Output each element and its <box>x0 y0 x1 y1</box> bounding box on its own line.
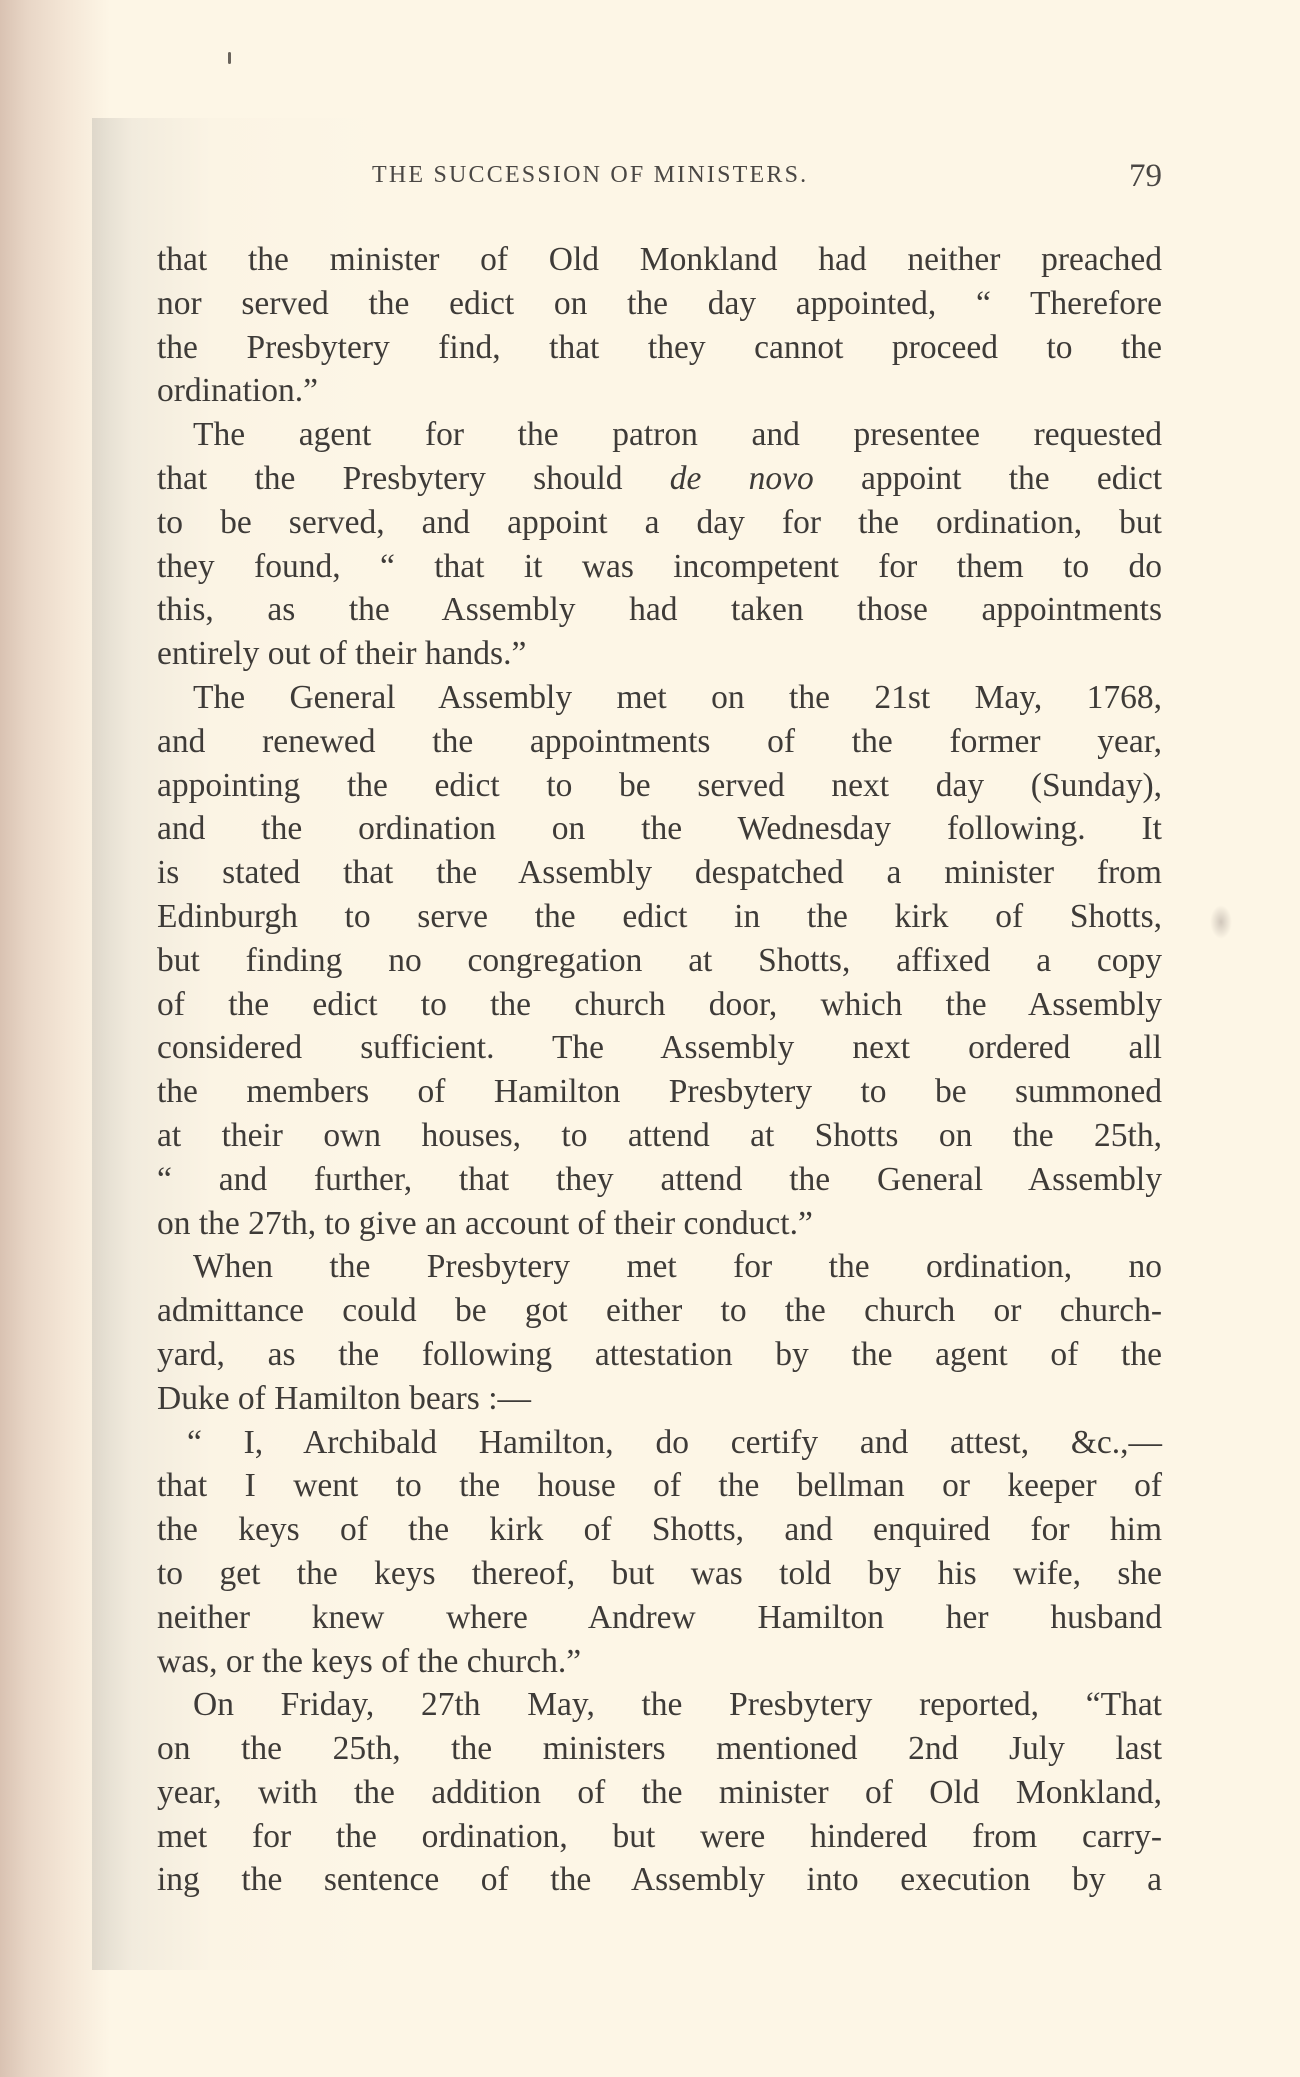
text-line: ordination.” <box>157 369 1162 413</box>
text-segment: that the Presbytery should <box>157 460 670 497</box>
text-line: “ and further, that they attend the Gene… <box>157 1158 1162 1202</box>
text-line: yard, as the following attestation by th… <box>157 1333 1162 1377</box>
italic-phrase: de novo <box>670 460 814 497</box>
text-line: the Presbytery find, that they cannot pr… <box>157 326 1162 370</box>
text-line: the members of Hamilton Presbytery to be… <box>157 1070 1162 1114</box>
text-line: entirely out of their hands.” <box>157 632 1162 676</box>
text-line: Edinburgh to serve the edict in the kirk… <box>157 895 1162 939</box>
running-head: THE SUCCESSION OF MINISTERS. 79 <box>372 162 1162 202</box>
text-line: was, or the keys of the church.” <box>157 1640 1162 1684</box>
paragraph-start-line: The agent for the patron and presentee r… <box>157 413 1162 457</box>
text-line: the keys of the kirk of Shotts, and enqu… <box>157 1508 1162 1552</box>
text-line: that I went to the house of the bellman … <box>157 1464 1162 1508</box>
text-line-with-italic: that the Presbytery should de novo appoi… <box>157 457 1162 501</box>
text-line: they found, “ that it was incompetent fo… <box>157 545 1162 589</box>
text-line: met for the ordination, but were hindere… <box>157 1815 1162 1859</box>
text-line: of the edict to the church door, which t… <box>157 983 1162 1027</box>
running-head-title: THE SUCCESSION OF MINISTERS. <box>372 162 808 189</box>
stray-ink-mark <box>228 52 231 64</box>
text-line: on the 25th, the ministers mentioned 2nd… <box>157 1727 1162 1771</box>
text-line: nor served the edict on the day appointe… <box>157 282 1162 326</box>
text-line: ing the sentence of the Assembly into ex… <box>157 1858 1162 1902</box>
paper-smudge <box>1210 905 1232 939</box>
text-line: Duke of Hamilton bears :— <box>157 1377 1162 1421</box>
text-line: that the minister of Old Monkland had ne… <box>157 238 1162 282</box>
text-line: year, with the addition of the minister … <box>157 1771 1162 1815</box>
text-line: at their own houses, to attend at Shotts… <box>157 1114 1162 1158</box>
text-segment: appoint the edict <box>814 460 1162 497</box>
text-line: to get the keys thereof, but was told by… <box>157 1552 1162 1596</box>
text-line: this, as the Assembly had taken those ap… <box>157 588 1162 632</box>
text-line: appointing the edict to be served next d… <box>157 764 1162 808</box>
quotation-start-line: “ I, Archibald Hamilton, do certify and … <box>157 1421 1162 1465</box>
text-line: and the ordination on the Wednesday foll… <box>157 807 1162 851</box>
text-line: neither knew where Andrew Hamilton her h… <box>157 1596 1162 1640</box>
text-line: and renewed the appointments of the form… <box>157 720 1162 764</box>
body-text: that the minister of Old Monkland had ne… <box>157 238 1162 1902</box>
paragraph-start-line: On Friday, 27th May, the Presbytery repo… <box>157 1683 1162 1727</box>
text-line: is stated that the Assembly despatched a… <box>157 851 1162 895</box>
text-line: but finding no congregation at Shotts, a… <box>157 939 1162 983</box>
text-line: to be served, and appoint a day for the … <box>157 501 1162 545</box>
paragraph-start-line: The General Assembly met on the 21st May… <box>157 676 1162 720</box>
paragraph-start-line: When the Presbytery met for the ordinati… <box>157 1245 1162 1289</box>
page-number: 79 <box>1129 158 1162 195</box>
text-line: considered sufficient. The Assembly next… <box>157 1026 1162 1070</box>
text-line: on the 27th, to give an account of their… <box>157 1202 1162 1246</box>
text-line: admittance could be got either to the ch… <box>157 1289 1162 1333</box>
